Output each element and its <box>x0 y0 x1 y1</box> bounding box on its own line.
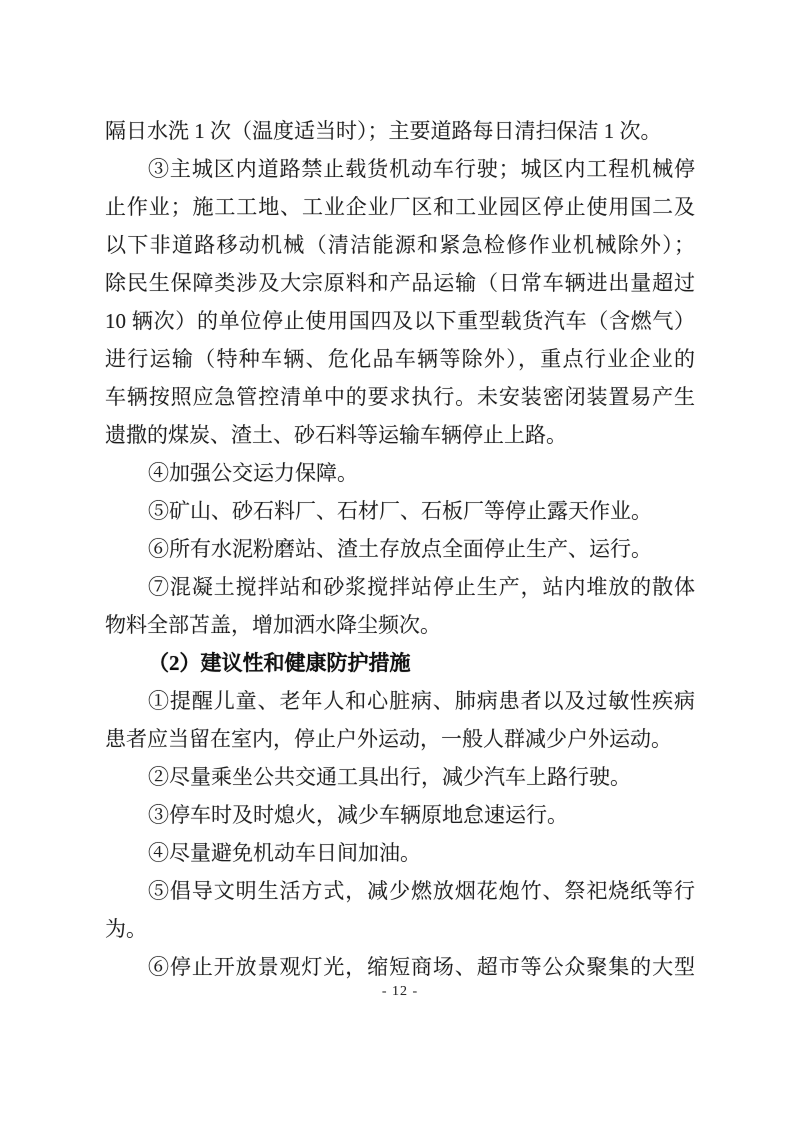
text-line: 车辆按照应急管控清单中的要求执行。未安装密闭装置易产生 <box>105 378 695 416</box>
text-line: 隔日水洗 1 次（温度适当时）；主要道路每日清扫保洁 1 次。 <box>105 112 695 150</box>
text-line: 进行运输（特种车辆、危化品车辆等除外），重点行业企业的 <box>105 340 695 378</box>
text-line: ⑥停止开放景观灯光，缩短商场、超市等公众聚集的大型 <box>105 948 695 986</box>
text-line: ⑥所有水泥粉磨站、渣土存放点全面停止生产、运行。 <box>105 530 695 568</box>
text-line: 以下非道路移动机械（清洁能源和紧急检修作业机械除外）； <box>105 226 695 264</box>
text-line: 物料全部苫盖，增加洒水降尘频次。 <box>105 606 695 644</box>
text-line: 除民生保障类涉及大宗原料和产品运输（日常车辆进出量超过 <box>105 264 695 302</box>
text-line: ⑤倡导文明生活方式，减少燃放烟花炮竹、祭祀烧纸等行 <box>105 872 695 910</box>
text-line: ②尽量乘坐公共交通工具出行，减少汽车上路行驶。 <box>105 758 695 796</box>
section-heading: （2）建议性和健康防护措施 <box>105 644 695 682</box>
text-line: ⑤矿山、砂石料厂、石材厂、石板厂等停止露天作业。 <box>105 492 695 530</box>
text-line: 患者应当留在室内，停止户外运动，一般人群减少户外运动。 <box>105 720 695 758</box>
text-line: 为。 <box>105 910 695 948</box>
document-page: 隔日水洗 1 次（温度适当时）；主要道路每日清扫保洁 1 次。③主城区内道路禁止… <box>0 0 800 1130</box>
text-line: ④尽量避免机动车日间加油。 <box>105 834 695 872</box>
text-line: 10 辆次）的单位停止使用国四及以下重型载货汽车（含燃气） <box>105 302 695 340</box>
page-footer: - 12 - <box>0 982 800 1000</box>
text-line: ③主城区内道路禁止载货机动车行驶；城区内工程机械停 <box>105 150 695 188</box>
text-line: 遗撒的煤炭、渣土、砂石料等运输车辆停止上路。 <box>105 416 695 454</box>
text-line: ④加强公交运力保障。 <box>105 454 695 492</box>
text-line: ⑦混凝土搅拌站和砂浆搅拌站停止生产，站内堆放的散体 <box>105 568 695 606</box>
text-line: ③停车时及时熄火，减少车辆原地怠速运行。 <box>105 796 695 834</box>
text-line: 止作业；施工工地、工业企业厂区和工业园区停止使用国二及 <box>105 188 695 226</box>
text-line: ①提醒儿童、老年人和心脏病、肺病患者以及过敏性疾病 <box>105 682 695 720</box>
page-number: - 12 - <box>382 984 418 999</box>
document-body: 隔日水洗 1 次（温度适当时）；主要道路每日清扫保洁 1 次。③主城区内道路禁止… <box>105 112 695 986</box>
